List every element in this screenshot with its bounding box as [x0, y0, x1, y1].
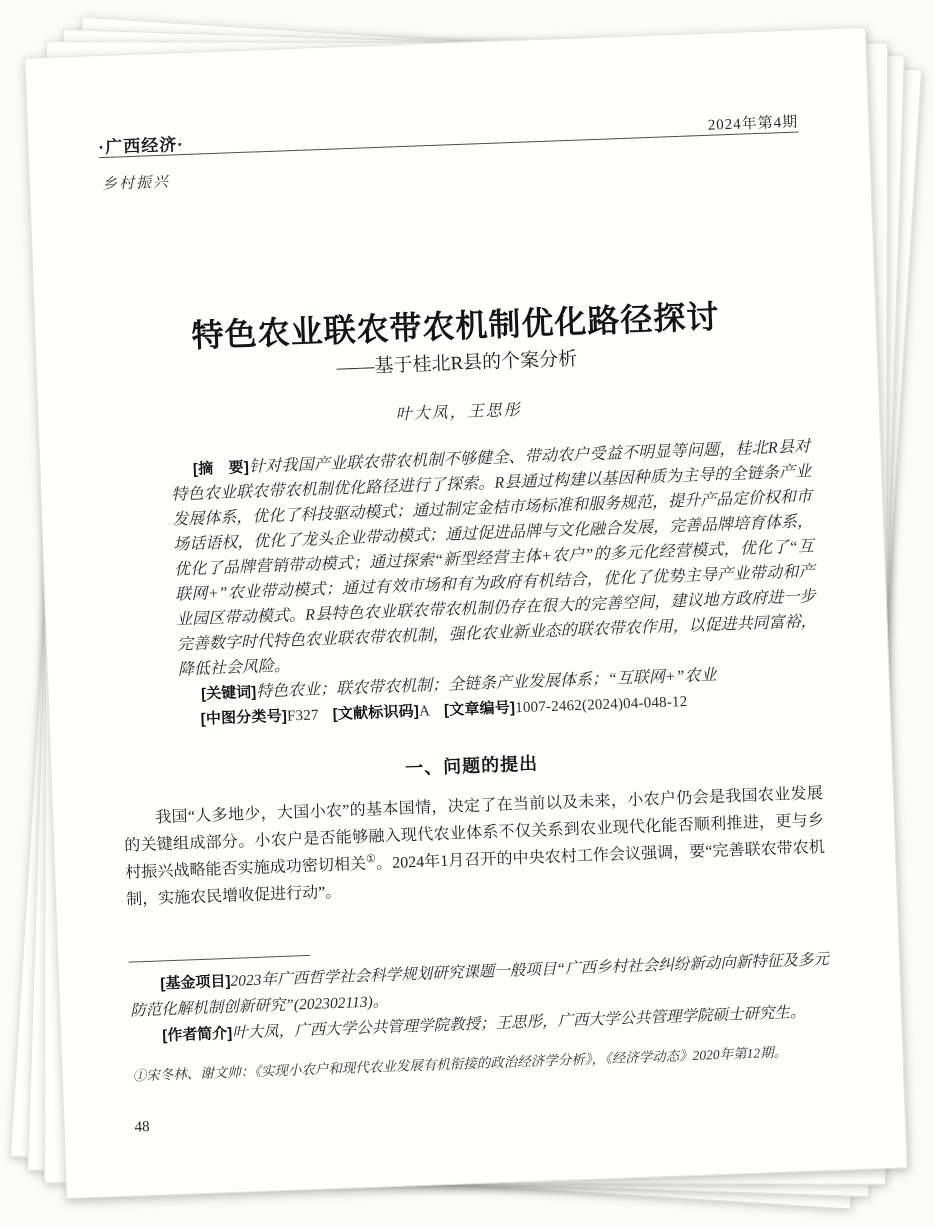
keywords-label: [关键词] — [201, 684, 257, 703]
journal-page: ·广西经济· 2024年第4期 乡村振兴 特色农业联农带农机制优化路径探讨 ——… — [24, 27, 907, 1199]
doc-code-value: A — [419, 703, 431, 719]
footnote-block: [基金项目]2023年广西哲学社会科学规划研究课题一般项目“广西乡村社会纠纷新动… — [129, 947, 833, 1087]
article-no-label: [文章编号] — [444, 699, 516, 719]
author-bio-label: [作者简介] — [162, 1025, 233, 1045]
scanned-page-stack: ·广西经济· 2024年第4期 乡村振兴 特色农业联农带农机制优化路径探讨 ——… — [0, 0, 934, 1227]
reference-footnote: ①宋冬林、谢文帅：《实现小农户和现代农业发展有机衔接的政治经济学分析》，《经济学… — [132, 1040, 832, 1087]
header-rule — [99, 131, 799, 158]
footnote-marker: ① — [366, 853, 376, 865]
abstract-block: [摘 要]针对我国产业联农带农机制不够健全、带动农户受益不明显等问题，桂北R县对… — [170, 434, 820, 733]
page-number: 48 — [134, 1119, 150, 1137]
footnote-rule — [129, 955, 311, 963]
abstract-text: 针对我国产业联农带农机制不够健全、带动农户受益不明显等问题，桂北R县对特色农业联… — [171, 438, 817, 678]
column-label: 乡村振兴 — [102, 171, 171, 194]
clc-value: F327 — [287, 707, 319, 724]
article-authors: 叶大凤，王思彤 — [38, 384, 878, 438]
doc-code-label: [文献标识码] — [332, 703, 419, 723]
body-paragraph: 我国“人多地少，大国小农”的基本国情，决定了在当前以及未来，小农户仍会是我国农业… — [123, 780, 826, 914]
fund-project-label: [基金项目] — [160, 973, 231, 993]
clc-label: [中图分类号] — [200, 708, 287, 728]
abstract-label: [摘 要] — [193, 459, 249, 478]
abstract-paragraph: [摘 要]针对我国产业联农带农机制不够健全、带动农户受益不明显等问题，桂北R县对… — [170, 434, 818, 682]
article-no-value: 1007-2462(2024)04-048-12 — [515, 694, 688, 716]
